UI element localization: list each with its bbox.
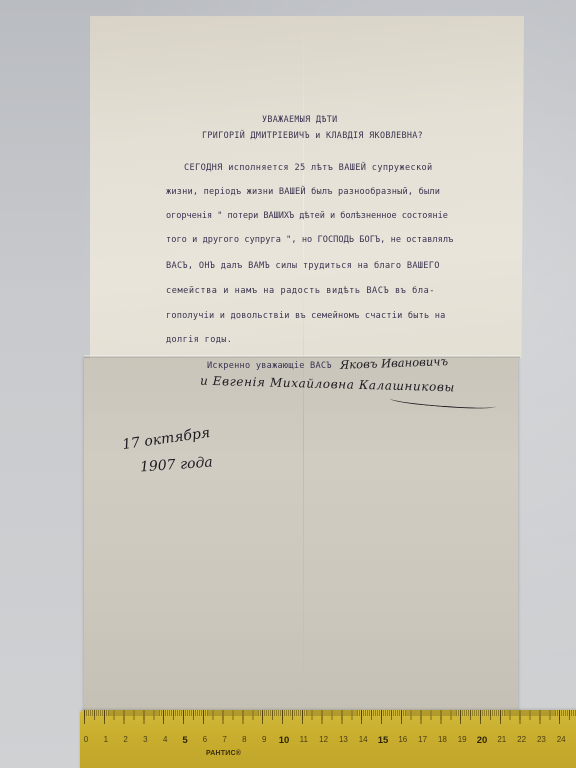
- paper-fold-crease: [84, 355, 520, 358]
- measuring-ruler: 0 1 2 3 4 5 6 7 8 9 10 11 12 13 14 15 16…: [80, 710, 576, 768]
- letter-body-line: гополучіи и довольствіи въ семейномъ сча…: [166, 312, 445, 321]
- letter-body-line: семейства и намъ на радость видѣть ВАСЪ …: [166, 287, 435, 296]
- letter-body-line: долгія годы.: [166, 336, 232, 345]
- ruler-number: 19: [458, 735, 467, 744]
- ruler-number: 9: [262, 735, 266, 744]
- ruler-number: 7: [222, 735, 226, 744]
- ruler-number: 17: [418, 735, 427, 744]
- ruler-number: 3: [143, 735, 147, 744]
- ruler-number: 8: [242, 735, 246, 744]
- letter-body-line: ВАСЪ, ОНЪ далъ ВАМЪ силы трудиться на бл…: [166, 262, 440, 271]
- letter-body-line: того и другого супруга ", но ГОСПОДЬ БОГ…: [166, 236, 453, 245]
- ruler-number: 23: [537, 735, 546, 744]
- ruler-number: 11: [300, 735, 308, 744]
- ruler-number: 2: [123, 735, 127, 744]
- ruler-number: 15: [378, 735, 389, 746]
- ruler-number: 4: [163, 735, 167, 744]
- ruler-number: 20: [477, 735, 488, 746]
- ruler-number: 13: [339, 735, 348, 744]
- ruler-number: 18: [438, 735, 447, 744]
- letter-body-line: жизни, періодъ жизни ВАШЕЙ былъ разнообр…: [166, 188, 440, 197]
- ruler-brand-logo: РАНТИС®: [206, 750, 241, 757]
- ruler-number: 0: [84, 735, 88, 744]
- letter-body-line: СЕГОДНЯ исполняется 25 лѣтъ ВАШЕЙ супруж…: [184, 164, 433, 173]
- ruler-number: 1: [104, 735, 108, 744]
- letter-body-line: огорченія " потери ВАШИХЪ дѣтей и болѣзн…: [166, 212, 448, 221]
- ruler-number: 22: [517, 735, 526, 744]
- letter-heading-line-1: УВАЖАЕМЫЯ ДѢТИ: [262, 115, 338, 123]
- ruler-tick-marks: [84, 710, 576, 724]
- ruler-number: 10: [279, 735, 290, 746]
- letter-heading-line-2: ГРИГОРІЙ ДМИТРІЕВИЧЪ и КЛАВДІЯ ЯКОВЛЕВНА…: [202, 131, 423, 139]
- ruler-number: 5: [182, 735, 187, 746]
- ruler-number: 14: [359, 735, 368, 744]
- ruler-number: 6: [203, 735, 207, 744]
- ruler-number: 12: [319, 735, 328, 744]
- ruler-number: 16: [398, 735, 407, 744]
- ruler-number: 21: [497, 735, 506, 744]
- ruler-number: 24: [557, 735, 566, 744]
- letter-sheet-lower-half: [84, 356, 518, 712]
- letter-closing: Искренно уважающіе ВАСЪ: [207, 362, 332, 371]
